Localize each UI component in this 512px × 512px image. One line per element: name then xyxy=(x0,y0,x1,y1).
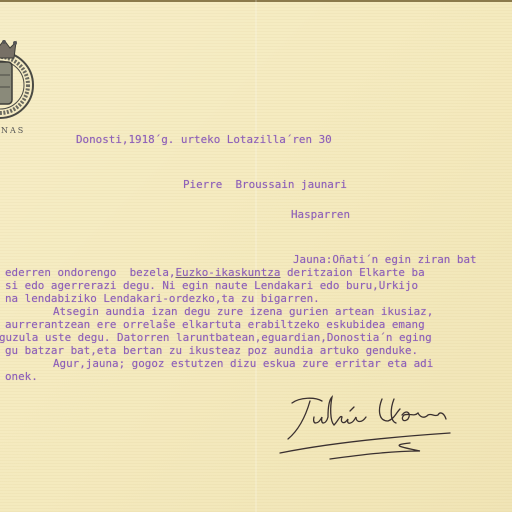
body-line: gu batzar bat,eta bertan zu ikusteaz poz… xyxy=(5,344,418,357)
body-text: deritzaion Elkarte ba xyxy=(280,266,424,279)
crest-seal-icon xyxy=(0,40,48,120)
body-text: ederren ondorengo bezela, xyxy=(5,266,175,279)
body-line: ederren ondorengo bezela,Euzko-ikaskuntz… xyxy=(5,266,425,279)
body-line: si edo agerrerazi degu. Ni egin naute Le… xyxy=(5,279,418,292)
salutation-line: Jauna:Oñati´n egin ziran bat xyxy=(293,253,477,266)
paper-fold xyxy=(255,0,257,512)
recipient-place: Hasparren xyxy=(291,208,350,221)
body-line: aurrerantzean ere orrelaŝe elkartuta era… xyxy=(5,318,425,331)
society-name: Euzko-ikaskuntza xyxy=(175,266,280,279)
date-line: Donosti,1918´g. urteko Lotazilla´ren 30 xyxy=(76,133,332,146)
handwritten-signature-icon xyxy=(270,395,480,470)
body-line: na lendabiziko Lendakari-ordezko,ta zu b… xyxy=(5,292,320,305)
body-line: Atsegin aundia izan degu zure izena guri… xyxy=(53,305,433,318)
letterhead-label: NAS xyxy=(1,126,25,135)
recipient-name: Pierre Broussain jaunari xyxy=(183,178,347,191)
closing-line: onek. xyxy=(5,370,38,383)
closing-line: Agur,jauna; gogoz estutzen dizu eskua zu… xyxy=(53,357,433,370)
body-line: guzula uste degu. Datorren laruntbatean,… xyxy=(0,331,432,344)
